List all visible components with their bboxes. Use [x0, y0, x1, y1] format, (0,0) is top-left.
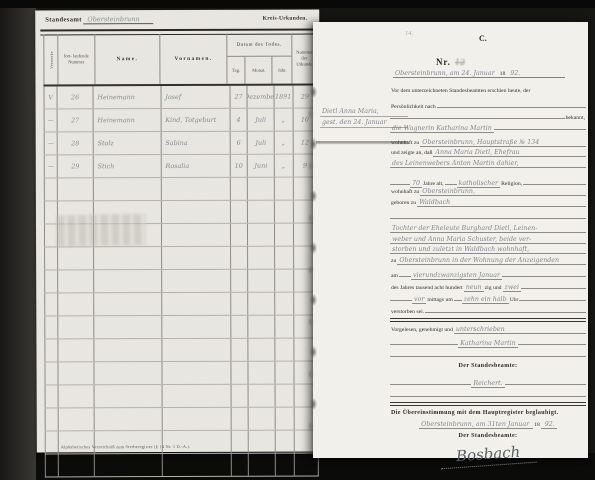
- dateline-handwritten-year: 92.: [506, 70, 522, 77]
- handwritten-entry: Stich: [98, 162, 115, 170]
- table-cell-mark: [45, 408, 59, 430]
- handwritten-entry: „: [282, 116, 285, 124]
- handwritten-text: Anna Maria Dietl, Ehefrau: [433, 149, 586, 157]
- column-name-label: Name.: [116, 56, 138, 62]
- table-cell-jahr: [275, 362, 294, 384]
- form-line: Der Standesbeamte:: [390, 363, 586, 374]
- handwritten-text: 70: [410, 180, 422, 188]
- death-index-table: Vermerke fort- laufende Nummer Name. Vor…: [43, 34, 319, 478]
- ruled-blank: [390, 336, 458, 345]
- handwritten-text: Tochter der Eheleute Burghard Dietl, Lei…: [390, 225, 586, 233]
- form-line: weber und Anna Maria Schuster, beide ver…: [390, 236, 586, 247]
- table-cell-vorname: [162, 224, 231, 246]
- printed-text: verstorben sei.: [390, 309, 425, 315]
- handwritten-text: katholischer: [457, 180, 501, 188]
- printed-text: Der Standesbeamte:: [458, 433, 519, 439]
- printed-text: mittags um: [426, 297, 453, 303]
- table-cell-tag: [231, 385, 249, 407]
- margin-note: Dietl Anna Maria, gest. den 24. Januar: [320, 106, 408, 128]
- table-cell-vorname: [163, 454, 232, 476]
- table-cell-name: [94, 293, 162, 315]
- form-footnote: Alphabetisches Verzeichniß zum Sterbereg…: [61, 444, 191, 449]
- table-row: [45, 408, 319, 432]
- table-cell-nr: [59, 431, 95, 453]
- column-year-label: Jahr.: [273, 57, 292, 84]
- table-cell-nr: [59, 339, 95, 361]
- table-cell-monat: [249, 454, 275, 476]
- table-cell-nr: [59, 454, 95, 476]
- handwritten-text: weber und Anna Maria Schuster, beide ver…: [390, 236, 586, 244]
- table-cell-jahr: [275, 408, 294, 430]
- table-cell-name: [94, 270, 162, 292]
- table-cell-tag: 4: [230, 109, 248, 131]
- table-cell-jahr: „: [274, 155, 293, 177]
- handwritten-entry: 28: [71, 139, 79, 147]
- handwritten-text: Obersteinbrunn, Hauptstraße № 134: [420, 139, 586, 147]
- ruled-blank: [505, 376, 586, 385]
- scanner-top-strip: [0, 0, 595, 8]
- scanner-left-strip: [0, 0, 36, 480]
- record-number-line: Nr. 12: [313, 52, 588, 70]
- table-cell-vorname: [162, 316, 231, 338]
- table-cell-tag: 10: [230, 155, 248, 177]
- table-row: V26HeinemannJosef27Dezember189129: [43, 86, 317, 110]
- table-cell-name: [94, 339, 162, 361]
- handwritten-entry: 27: [234, 93, 242, 101]
- handwritten-entry: Dezember: [248, 93, 274, 101]
- table-cell-tag: [231, 270, 249, 292]
- table-cell-tag: [230, 224, 248, 246]
- handwritten-entry: V: [48, 93, 53, 101]
- table-cell-monat: [248, 201, 274, 223]
- table-cell-mark: [44, 362, 58, 384]
- table-cell-tag: [230, 178, 248, 200]
- table-cell-monat: Juni: [248, 155, 274, 177]
- table-cell-name: Heinemann: [93, 109, 161, 131]
- table-cell-vorname: [162, 385, 231, 407]
- handwritten-text: zehn ein halb: [462, 296, 509, 304]
- handwritten-entry: —: [48, 162, 54, 170]
- printed-text: und zeigte an, daß: [390, 150, 433, 156]
- handwritten-entry: Kind, Totgeburt: [165, 116, 216, 124]
- table-cell-tag: [231, 247, 249, 269]
- form-line: Obersteinbrunn, am 31ten Januar 18 92.: [390, 421, 586, 432]
- table-cell-nr: [58, 316, 94, 338]
- handwritten-entry: Stolz: [98, 139, 114, 147]
- table-cell-monat: [249, 385, 275, 407]
- table-cell-tag: 6: [230, 132, 248, 154]
- table-cell-nr: [58, 247, 94, 269]
- handwritten-entry: 1891: [275, 93, 291, 101]
- table-cell-monat: [248, 247, 274, 269]
- ruled-blank: [399, 268, 411, 277]
- table-cell-vorname: [162, 178, 231, 200]
- table-cell-nr: [59, 408, 95, 430]
- ruled-blank: [390, 388, 586, 397]
- form-line: wohnhaft zuObersteinbrunn, Hauptstraße №…: [390, 139, 586, 150]
- table-cell-nr: [59, 385, 95, 407]
- handwritten-entry: „: [282, 162, 285, 170]
- handwritten-entry: 26: [71, 93, 79, 101]
- section-divider: [390, 402, 586, 406]
- table-row: [44, 270, 318, 294]
- table-cell-nr: 28: [58, 132, 94, 154]
- form-line: [390, 210, 586, 221]
- table-cell-jahr: „: [274, 109, 293, 131]
- table-cell-vorname: [162, 247, 231, 269]
- form-line: Bosbach: [390, 445, 586, 466]
- column-number: fort- laufende Nummer: [58, 34, 95, 84]
- table-cell-vorname: [162, 293, 231, 315]
- column-side-label: Vermerke: [48, 50, 53, 68]
- table-cell-mark: [45, 454, 59, 476]
- form-line: vormittags umzehn ein halbUhr: [390, 292, 586, 304]
- handwritten-entry: Juli: [255, 139, 266, 147]
- table-cell-name: Stolz: [94, 132, 162, 154]
- ruled-blank: [502, 268, 586, 277]
- form-line: Vor dem unterzeichneten Standesbeamten e…: [390, 88, 586, 99]
- table-row: —29StichRosalia10Juni„9: [44, 155, 318, 179]
- ruled-blank: [518, 336, 586, 345]
- table-row: [45, 385, 319, 409]
- table-cell-jahr: [275, 293, 294, 315]
- column-number-label: fort- laufende Nummer: [58, 54, 94, 66]
- table-cell-monat: [249, 293, 275, 315]
- table-cell-nr: 26: [58, 86, 94, 108]
- handwritten-entry: Josef: [165, 93, 181, 101]
- printed-text: Der Standesbeamte:: [458, 363, 519, 369]
- table-cell-vorname: [162, 339, 231, 361]
- column-vorname: Vornamen.: [161, 34, 228, 84]
- table-cell-mark: [45, 431, 59, 453]
- form-line: des Jahres tausend acht hundertneunzig u…: [390, 280, 586, 292]
- table-cell-tag: [231, 408, 249, 430]
- nr-value-handwritten: 12: [455, 58, 465, 67]
- table-row: [45, 454, 319, 478]
- form-line: Tochter der Eheleute Burghard Dietl, Lei…: [390, 225, 586, 236]
- form-line: Vorgelesen, genehmigt undunterschrieben: [390, 326, 586, 337]
- printed-text: wohnhaft zu: [390, 140, 420, 146]
- handwritten-entry: 6: [237, 139, 241, 147]
- faded-stamp: [56, 213, 147, 247]
- form-letter: C.: [479, 34, 487, 43]
- table-cell-monat: [249, 339, 275, 361]
- handwritten-text: Obersteinbrunn, am 31ten Januar: [419, 421, 533, 429]
- form-line: storben und zuletzt in Waldbach wohnhaft…: [390, 246, 586, 257]
- table-row: [44, 362, 318, 386]
- form-line: die Wagnerin Katharina Martin: [390, 121, 586, 133]
- table-cell-monat: Juli: [248, 132, 274, 154]
- table-cell-mark: [44, 293, 58, 315]
- table-cell-tag: [231, 293, 249, 315]
- table-cell-name: [94, 362, 162, 384]
- table-cell-tag: [231, 339, 249, 361]
- printed-text: 18: [533, 422, 541, 428]
- table-row: [44, 247, 318, 271]
- handwritten-text: 92.: [541, 421, 557, 429]
- form-line: Reichert.: [390, 376, 586, 388]
- handwritten-text: Reichert.: [471, 380, 504, 388]
- table-cell-vorname: [162, 408, 231, 430]
- table-cell-name: [94, 385, 162, 407]
- table-cell-tag: [231, 316, 249, 338]
- table-cell-vorname: [162, 362, 231, 384]
- form-line: amvierundzwanzigsten Januar: [390, 268, 586, 280]
- ruled-blank: [437, 99, 586, 108]
- table-cell-name: [94, 247, 162, 269]
- table-cell-name: [95, 408, 163, 430]
- certificate-form-body: Vor dem unterzeichneten Standesbeamten e…: [390, 88, 586, 466]
- table-cell-nr: 29: [58, 155, 94, 177]
- column-month-label: Monat.: [246, 57, 273, 84]
- table-cell-jahr: „: [274, 132, 293, 154]
- handwritten-entry: „: [282, 139, 285, 147]
- column-group-death-date: Datum des Todes. Tag. Monat. Jahr.: [227, 34, 292, 84]
- table-cell-jahr: [276, 454, 295, 476]
- printed-text: geboren zu: [390, 200, 417, 206]
- form-line: und zeigte an, daßAnna Maria Dietl, Ehef…: [390, 149, 586, 160]
- table-cell-monat: [249, 431, 275, 453]
- table-cell-name: [94, 178, 162, 200]
- form-line: Die Übereinstimmung mit dem Hauptregiste…: [390, 410, 586, 421]
- handwritten-entry: Sabina: [165, 139, 187, 147]
- ruled-blank: [494, 121, 586, 130]
- table-row: —27HeinemannKind, Totgeburt4Juli„10: [44, 109, 318, 133]
- table-cell-vorname: [162, 201, 231, 223]
- handwritten-text: Obersteinbrunn in der Wohnung der Anzeig…: [397, 257, 586, 265]
- printed-text: zu: [390, 258, 397, 264]
- handwritten-entry: Juli: [255, 116, 266, 124]
- form-line: Katharina Martin: [390, 336, 586, 348]
- table-cell-vorname: Sabina: [161, 132, 230, 154]
- table-header: Vermerke fort- laufende Nummer Name. Vor…: [43, 34, 317, 87]
- table-cell-jahr: [275, 339, 294, 361]
- printed-text: Uhr: [509, 297, 520, 303]
- table-cell-mark: [44, 247, 58, 269]
- table-cell-name: Heinemann: [93, 86, 161, 108]
- form-line: 70Jahre alt,katholischerReligion,: [390, 176, 586, 188]
- table-cell-monat: [249, 362, 275, 384]
- column-name: Name.: [95, 34, 161, 84]
- handwritten-text: zwei: [503, 284, 521, 292]
- printed-text: Vorgelesen, genehmigt und: [390, 327, 454, 333]
- ruled-blank: [390, 376, 471, 385]
- handwritten-entry: Heinemann: [97, 93, 134, 101]
- table-cell-jahr: 1891: [274, 86, 293, 108]
- table-row: [44, 316, 318, 340]
- handwritten-text: Obersteinbrunn,: [420, 188, 586, 196]
- ruled-blank: [521, 280, 586, 289]
- table-cell-mark: —: [44, 132, 58, 154]
- ruled-blank: [519, 292, 586, 301]
- table-cell-jahr: [275, 247, 294, 269]
- table-cell-tag: [231, 362, 249, 384]
- table-cell-nr: [59, 362, 95, 384]
- handwritten-text: des Leinenwebers Anton Martin dahier,: [390, 160, 586, 168]
- table-cell-nr: 27: [58, 109, 94, 131]
- page-gutter-torn-edges: [305, 80, 319, 440]
- table-cell-monat: [249, 270, 275, 292]
- column-vorname-label: Vornamen.: [174, 56, 212, 62]
- table-cell-mark: [45, 385, 59, 407]
- dateline-printed-year: 18: [499, 71, 507, 77]
- form-line: zuObersteinbrunn in der Wohnung der Anze…: [390, 257, 586, 268]
- handwritten-text: Katharina Martin: [458, 340, 517, 348]
- handwritten-entry: 29: [71, 162, 79, 170]
- table-cell-tag: [231, 454, 249, 476]
- table-cell-jahr: [275, 385, 294, 407]
- table-cell-tag: 27: [230, 86, 248, 108]
- table-cell-vorname: Kind, Totgeburt: [161, 109, 230, 131]
- printed-text: Jahre alt,: [422, 181, 445, 187]
- form-line: wohnhaft zuObersteinbrunn,: [390, 188, 586, 199]
- table-cell-tag: [230, 201, 248, 223]
- district-label: Kreis-Urkunden.: [263, 16, 308, 22]
- handwritten-entry: —: [48, 139, 54, 147]
- form-line: bekannt,: [390, 110, 586, 121]
- table-cell-jahr: [275, 431, 294, 453]
- form-line: des Leinenwebers Anton Martin dahier,: [390, 160, 586, 171]
- printed-text: zig und: [484, 285, 503, 291]
- handwritten-entry: 27: [71, 116, 79, 124]
- ruled-blank: [445, 176, 457, 185]
- table-cell-jahr: [275, 224, 294, 246]
- section-divider: [390, 318, 586, 322]
- table-cell-monat: [248, 224, 274, 246]
- table-body: V26HeinemannJosef27Dezember189129—27Hein…: [43, 86, 318, 478]
- table-cell-vorname: Josef: [161, 86, 230, 108]
- ruled-blank: [390, 110, 565, 119]
- printed-text: des Jahres tausend acht hundert: [390, 285, 464, 291]
- handwritten-entry: —: [47, 116, 53, 124]
- ruled-blank: [390, 348, 586, 357]
- table-cell-vorname: Rosalia: [161, 155, 230, 177]
- ruled-blank: [425, 304, 586, 313]
- index-page-header: Standesamt Obersteinbrunn Kreis-Urkunden…: [45, 15, 315, 30]
- table-cell-mark: —: [44, 109, 58, 131]
- form-line: [390, 388, 586, 399]
- table-cell-vorname: [162, 270, 231, 292]
- index-page: Standesamt Obersteinbrunn Kreis-Urkunden…: [35, 10, 321, 453]
- table-cell-mark: [44, 270, 58, 292]
- printed-text: Religion,: [500, 181, 523, 187]
- table-cell-monat: Juli: [248, 109, 274, 131]
- form-line: verstorben sei.: [390, 304, 586, 315]
- table-cell-mark: [44, 316, 58, 338]
- printed-text: wohnhaft zu: [390, 189, 420, 195]
- handwritten-text: vierundzwanzigsten Januar: [411, 272, 502, 280]
- table-cell-name: Stich: [94, 155, 162, 177]
- signature-handwritten: Bosbach: [439, 441, 537, 469]
- table-cell-jahr: [275, 270, 294, 292]
- ruled-blank: [390, 292, 412, 301]
- table-cell-monat: [249, 408, 275, 430]
- office-name-handwritten: Obersteinbrunn: [83, 15, 153, 24]
- table-cell-mark: —: [44, 155, 58, 177]
- table-cell-jahr: [275, 178, 294, 200]
- handwritten-text: storben und zuletzt in Waldbach wohnhaft…: [390, 246, 586, 254]
- certificate-page: 14. C. Nr. 12 Obersteinbrunn, am 24. Jan…: [313, 22, 588, 458]
- ruled-blank: [454, 292, 462, 301]
- table-cell-nr: [58, 178, 94, 200]
- table-cell-vorname: [162, 431, 231, 453]
- form-line: Persönlichkeit nach: [390, 99, 586, 110]
- handwritten-text: Waldbach: [417, 199, 586, 207]
- ruled-blank: [390, 210, 586, 219]
- death-date-group-label: Datum des Todes.: [227, 34, 291, 57]
- handwritten-entry: 10: [235, 162, 243, 170]
- table-cell-nr: [58, 270, 94, 292]
- office-label: Standesamt: [45, 16, 82, 23]
- printed-text: Vor dem unterzeichneten Standesbeamten e…: [390, 88, 531, 94]
- table-row: [44, 178, 318, 202]
- table-row: —28StolzSabina6Juli„12: [44, 132, 318, 156]
- death-date-subcolumns: Tag. Monat. Jahr.: [227, 57, 291, 84]
- dateline-handwritten-place: Obersteinbrunn, am 24. Januar: [393, 70, 499, 77]
- handwritten-text: vor: [412, 296, 426, 304]
- table-cell-monat: [249, 316, 275, 338]
- form-line: Der Standesbeamte:: [390, 433, 586, 444]
- form-line: geboren zuWaldbach: [390, 199, 586, 210]
- column-day-label: Tag.: [227, 57, 246, 84]
- table-cell-monat: [248, 178, 274, 200]
- nr-label: Nr.: [436, 57, 451, 67]
- table-cell-tag: [231, 431, 249, 453]
- table-row: [45, 431, 319, 455]
- column-side: Vermerke: [43, 34, 58, 84]
- ruled-blank: [523, 176, 586, 185]
- table-cell-monat: Dezember: [248, 86, 274, 108]
- handwritten-entry: 4: [237, 116, 241, 124]
- margin-note-date: gest. den 24. Januar: [320, 117, 408, 128]
- table-row: [44, 339, 318, 363]
- form-line: [390, 348, 586, 359]
- handwritten-text: unterschrieben: [454, 326, 586, 334]
- table-cell-nr: [58, 293, 94, 315]
- table-cell-jahr: [275, 316, 294, 338]
- printed-text: am: [390, 273, 399, 279]
- printed-text: Die Übereinstimmung mit dem Hauptregiste…: [390, 410, 560, 416]
- handwritten-entry: Rosalia: [165, 162, 189, 170]
- table-cell-mark: [44, 339, 58, 361]
- certificate-dateline: Obersteinbrunn, am 24. Januar 18 92.: [393, 70, 565, 78]
- margin-note-name: Dietl Anna Maria,: [320, 106, 408, 117]
- table-cell-name: [95, 431, 163, 453]
- table-cell-mark: V: [43, 86, 57, 108]
- table-cell-mark: [44, 178, 58, 200]
- handwritten-text: neun: [464, 284, 484, 292]
- table-row: [44, 293, 318, 317]
- handwritten-entry: Juni: [254, 162, 267, 170]
- table-cell-name: [95, 454, 163, 476]
- table-cell-name: [94, 316, 162, 338]
- ruled-blank: [390, 176, 410, 185]
- table-cell-jahr: [275, 201, 294, 223]
- handwritten-entry: Heinemann: [97, 116, 134, 124]
- pencil-page-number: 14.: [405, 30, 413, 37]
